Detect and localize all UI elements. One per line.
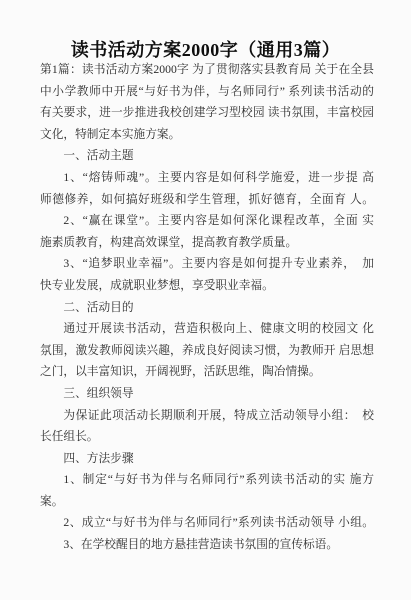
text-line: 为保证此项活动长期顺利开展，特成立活动领导小组： 校 xyxy=(40,405,374,427)
text-line: 长任组长。 xyxy=(40,426,374,448)
text-line: 3、在学校醒目的地方悬挂营造读书氛围的宣传标语。 xyxy=(40,534,374,556)
text-line: 施素质教育，构建高效课堂，提高教育教学质量。 xyxy=(40,232,374,254)
text-line: 案。 xyxy=(40,491,374,513)
section-heading: 四、方法步骤 xyxy=(40,448,374,470)
text-line: 2、“赢在课堂”。主要内容是如何深化课程改革，全面 实 xyxy=(40,210,374,232)
text-line: 通过开展读书活动，营造积极向上、健康文明的校园文 化 xyxy=(40,318,374,340)
text-line: 之门，以丰富知识，开阔视野，活跃思维，陶冶情操。 xyxy=(40,361,374,383)
text-line: 师德修养，如何搞好班级和学生管理，抓好德育，全面育 人。 xyxy=(40,189,374,211)
text-line: 2、成立“与好书为伴与名师同行”系列读书活动领导 小组。 xyxy=(40,512,374,534)
document-body: 第1篇：读书活动方案2000字 为了贯彻落实县教育局 关于在全县 中小学教师中开… xyxy=(40,59,374,556)
text-line: 第1篇：读书活动方案2000字 为了贯彻落实县教育局 关于在全县 xyxy=(40,59,374,81)
section-heading: 一、活动主题 xyxy=(40,145,374,167)
text-line: 文化，特制定本实施方案。 xyxy=(40,124,374,146)
text-line: 中小学教师中开展“与好书为伴，与名师同行” 系列读书活动的 xyxy=(40,81,374,103)
text-line: 3、“追梦职业幸福”。主要内容是如何提升专业素养， 加 xyxy=(40,253,374,275)
section-heading: 二、活动目的 xyxy=(40,297,374,319)
text-line: 1、“熔铸师魂”。主要内容是如何科学施爱，进一步提 高 xyxy=(40,167,374,189)
text-line: 氛围，激发教师阅读兴趣，养成良好阅读习惯，为教师开 启思想 xyxy=(40,340,374,362)
section-heading: 三、组织领导 xyxy=(40,383,374,405)
text-line: 1、制定“与好书为伴与名师同行”系列读书活动的实 施方 xyxy=(40,469,374,491)
document-page: 读书活动方案2000字（通用3篇） 第1篇：读书活动方案2000字 为了贯彻落实… xyxy=(0,0,411,600)
text-line: 有关要求，进一步推进我校创建学习型校园 读书氛围，丰富校园 xyxy=(40,102,374,124)
text-line: 快专业发展，成就职业梦想，享受职业幸福。 xyxy=(40,275,374,297)
